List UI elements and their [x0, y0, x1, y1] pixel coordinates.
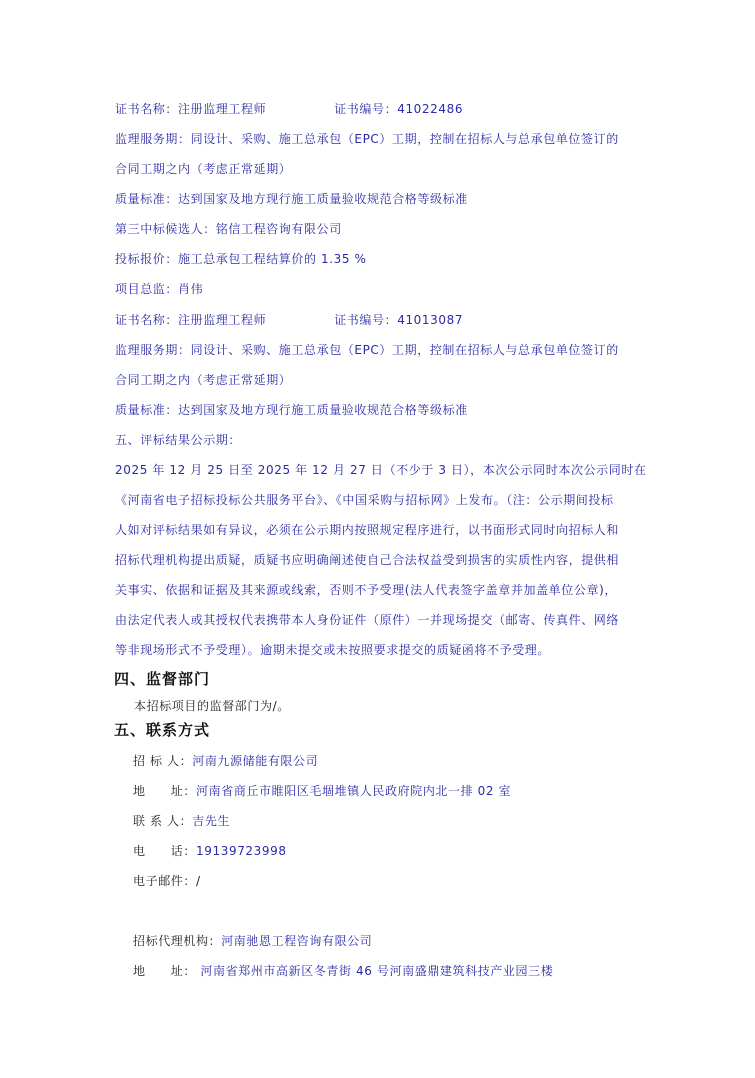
- cert-row: 证书名称：注册监理工程师证书编号：41022486: [115, 100, 463, 117]
- bid-price: 投标报价：施工总承包工程结算价的 1.35 %: [115, 250, 367, 267]
- agency-address-value: 河南省郑州市高新区冬青街 46 号河南盛鼎建筑科技产业园三楼: [196, 964, 553, 978]
- contact-person-row: 联 系 人：吉先生: [133, 812, 230, 829]
- contact-person-label: 联 系 人：: [133, 814, 192, 828]
- email-row: 电子邮件：/: [133, 872, 201, 889]
- phone-label: 电 话：: [133, 844, 196, 858]
- publicity-line: 人如对评标结果如有异议，必须在公示期内按照规定程序进行，以书面形式同时向招标人和: [115, 521, 619, 538]
- tenderer-address-row: 地 址：河南省商丘市睢阳区毛堌堆镇人民政府院内北一排 02 室: [133, 782, 511, 799]
- supervision-text: 本招标项目的监督部门为/。: [134, 697, 290, 714]
- publicity-title: 五、评标结果公示期：: [115, 431, 241, 448]
- service-period-line-1: 监理服务期：同设计、采购、施工总承包（EPC）工期，控制在招标人与总承包单位签订…: [115, 341, 619, 358]
- email-label: 电子邮件：: [133, 874, 196, 888]
- agency-address-label: 地 址：: [133, 964, 196, 978]
- tenderer-label: 招 标 人：: [133, 754, 192, 768]
- cert-number: 证书编号：41022486: [334, 102, 463, 116]
- publicity-line: 招标代理机构提出质疑，质疑书应明确阐述使自己合法权益受到损害的实质性内容，提供相: [115, 551, 619, 568]
- publicity-line: 2025 年 12 月 25 日至 2025 年 12 月 27 日（不少于 3…: [115, 461, 647, 478]
- publicity-line: 由法定代表人或其授权代表携带本人身份证件（原件）一并现场提交（邮寄、传真件、网络: [115, 611, 619, 628]
- cert-number: 证书编号：41013087: [334, 313, 463, 327]
- agency-value: 河南驰恩工程咨询有限公司: [221, 934, 372, 948]
- cert-row: 证书名称：注册监理工程师证书编号：41013087: [115, 311, 463, 328]
- quality-standard: 质量标准：达到国家及地方现行施工质量验收规范合格等级标准: [115, 401, 468, 418]
- agency-address-row: 地 址： 河南省郑州市高新区冬青街 46 号河南盛鼎建筑科技产业园三楼: [133, 962, 553, 979]
- phone-row: 电 话：19139723998: [133, 842, 287, 859]
- publicity-line: 关事实、依据和证据及其来源或线索，否则不予受理(法人代表签字盖章并加盖单位公章)…: [115, 581, 617, 598]
- phone-value: 19139723998: [196, 844, 287, 858]
- service-period-line-2: 合同工期之内（考虑正常延期）: [115, 160, 291, 177]
- agency-label: 招标代理机构：: [133, 934, 221, 948]
- cert-name: 证书名称：注册监理工程师: [115, 313, 266, 327]
- contact-person-value: 吉先生: [192, 814, 230, 828]
- publicity-line: 等非现场形式不予受理）。逾期未提交或未按照要求提交的质疑函将不予受理。: [115, 641, 550, 658]
- cert-name: 证书名称：注册监理工程师: [115, 102, 266, 116]
- agency-row: 招标代理机构：河南驰恩工程咨询有限公司: [133, 932, 372, 949]
- third-candidate: 第三中标候选人：铭信工程咨询有限公司: [115, 220, 342, 237]
- tenderer-row: 招 标 人：河南九源储能有限公司: [133, 752, 318, 769]
- quality-standard: 质量标准：达到国家及地方现行施工质量验收规范合格等级标准: [115, 190, 468, 207]
- address-label: 地 址：: [133, 784, 196, 798]
- service-period-line-2: 合同工期之内（考虑正常延期）: [115, 371, 291, 388]
- service-period-line-1: 监理服务期：同设计、采购、施工总承包（EPC）工期，控制在招标人与总承包单位签订…: [115, 130, 619, 147]
- tenderer-value: 河南九源储能有限公司: [192, 754, 318, 768]
- document-page: 证书名称：注册监理工程师证书编号：41022486 监理服务期：同设计、采购、施…: [0, 0, 755, 1078]
- supervision-heading: 四、监督部门: [114, 668, 210, 689]
- address-value: 河南省商丘市睢阳区毛堌堆镇人民政府院内北一排 02 室: [196, 784, 511, 798]
- email-value: /: [196, 874, 201, 888]
- contact-heading: 五、联系方式: [114, 719, 210, 740]
- publicity-line: 《河南省电子招标投标公共服务平台》、《中国采购与招标网》上发布。（注：公示期间投…: [115, 491, 614, 508]
- project-director: 项目总监：肖伟: [115, 280, 203, 297]
